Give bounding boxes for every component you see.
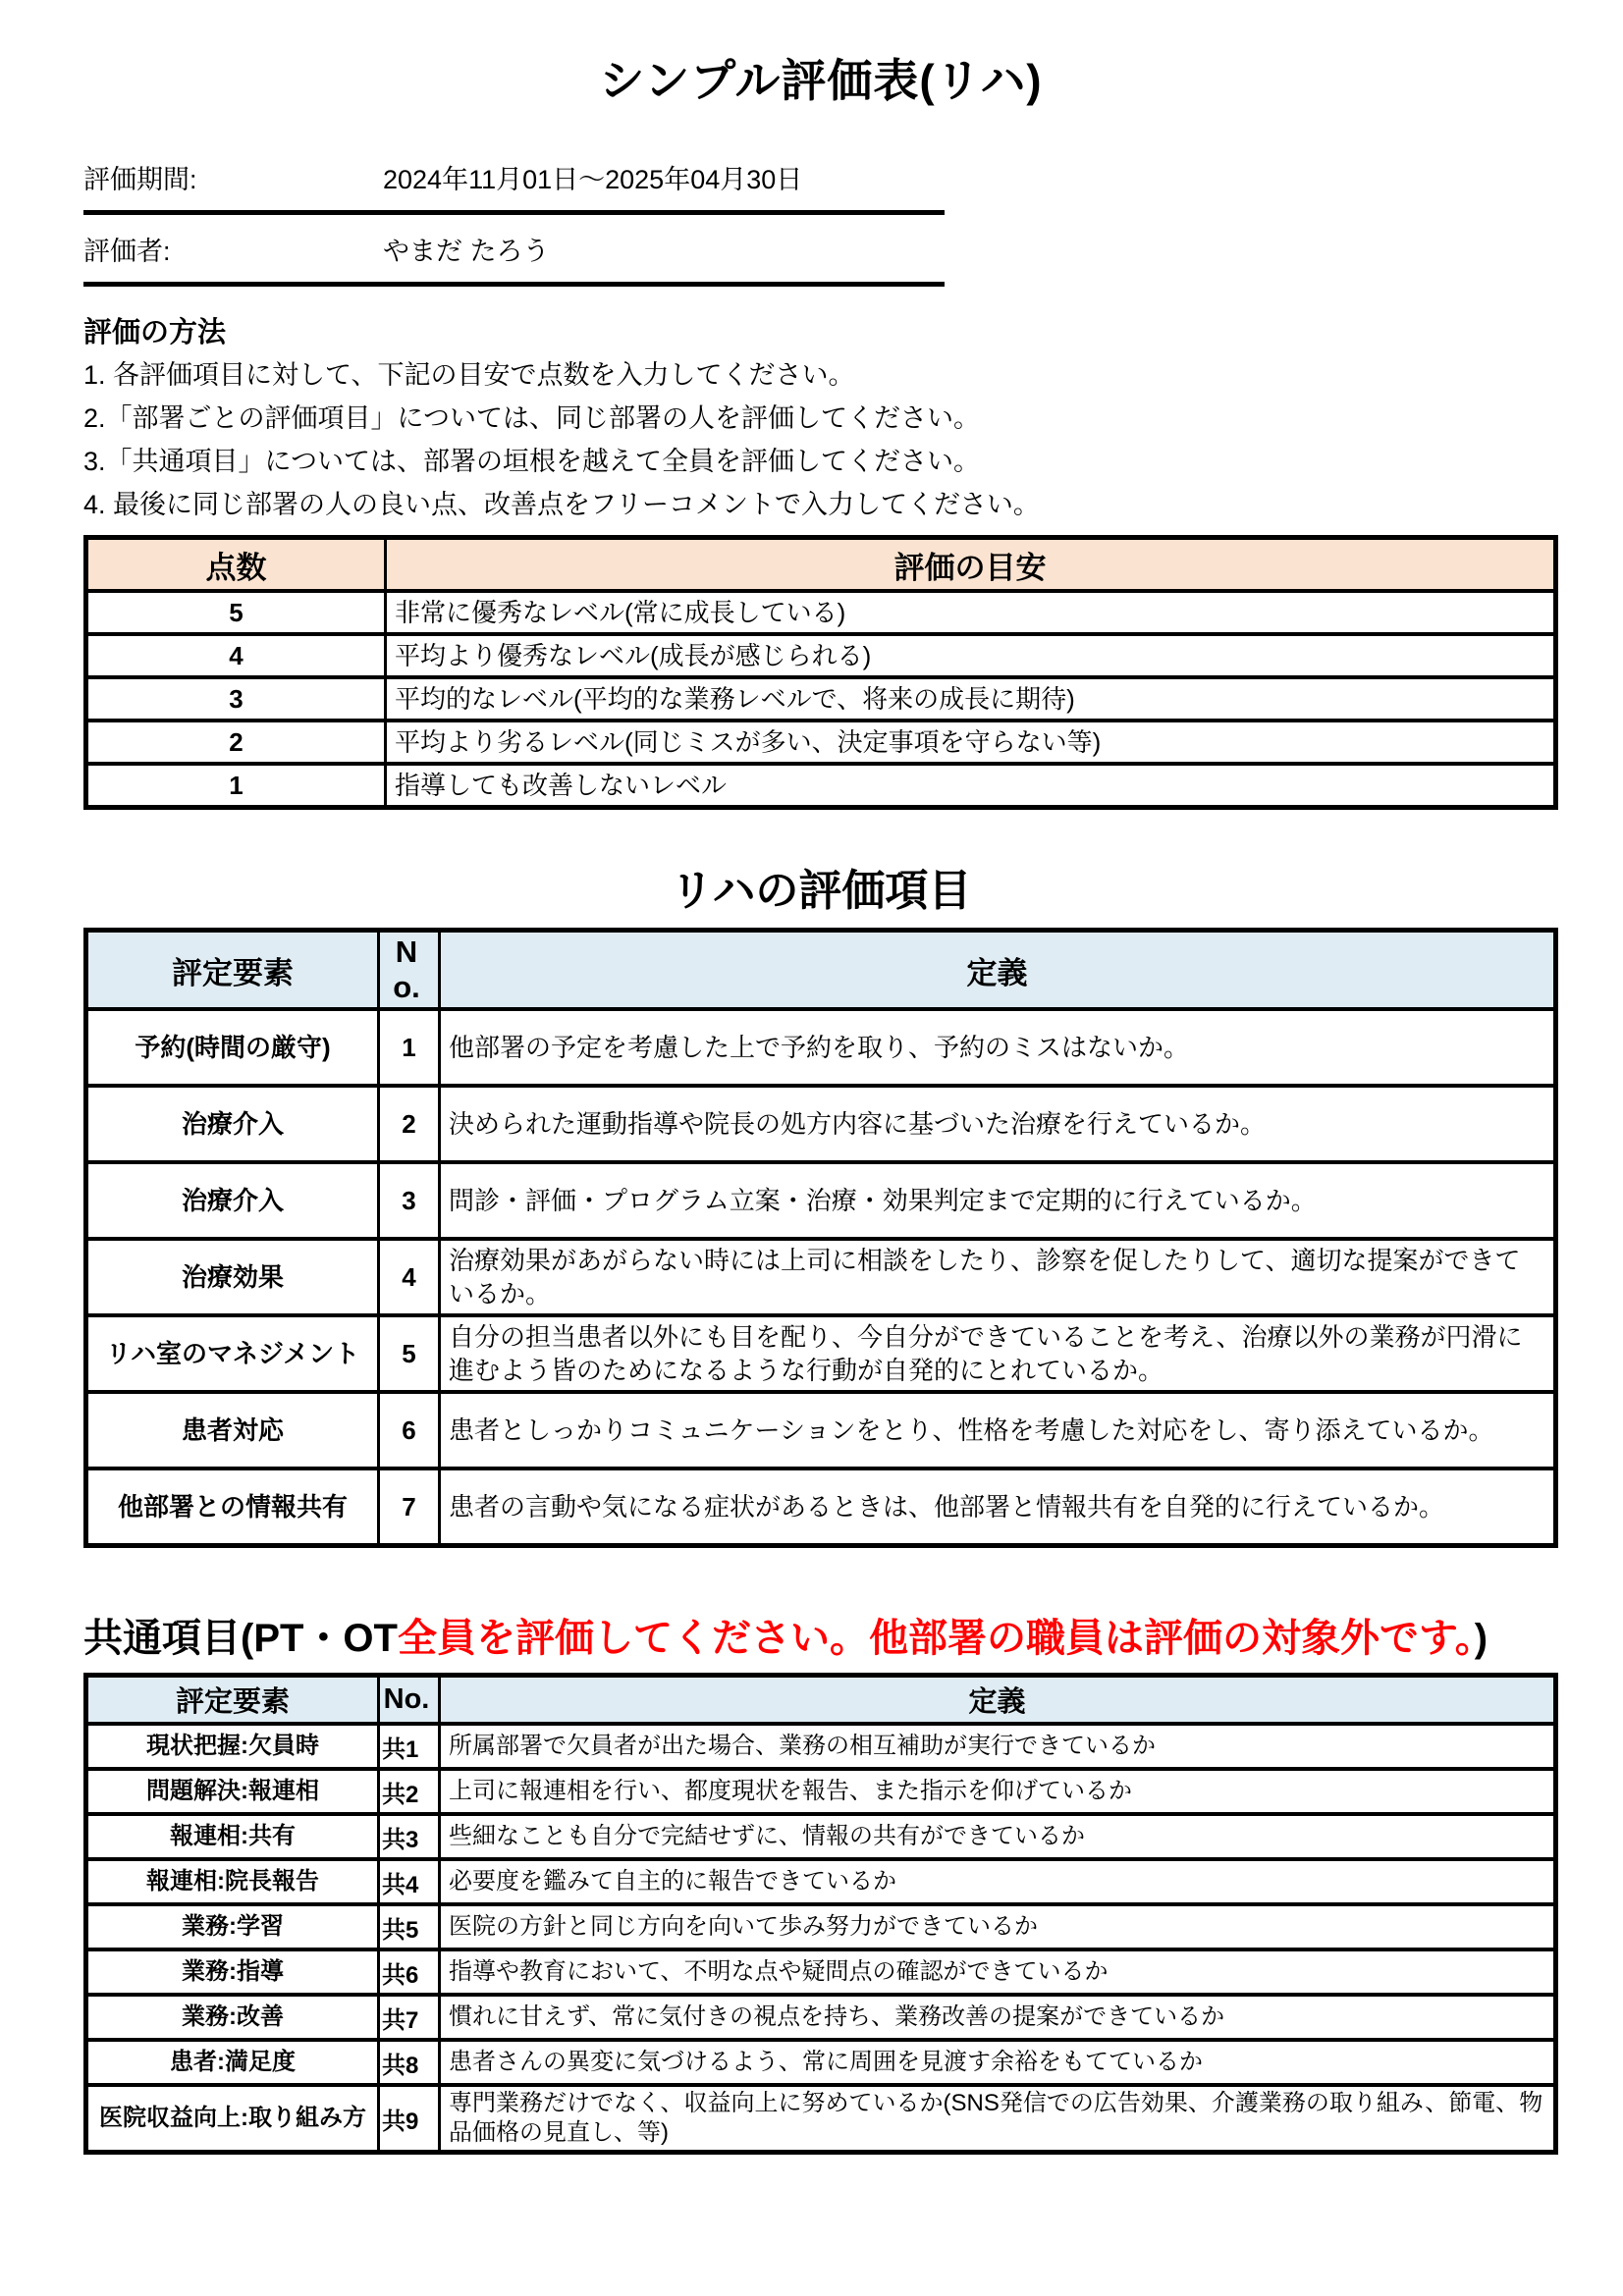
no-cell: 共2 — [379, 1769, 440, 1814]
factor-cell: 問題解決:報連相 — [86, 1769, 379, 1814]
definition-cell: 必要度を鑑みて自主的に報告できているか — [440, 1859, 1556, 1904]
no-cell: 共6 — [379, 1949, 440, 1995]
common-section-title: 共通項目(PT・OT全員を評価してください。他部署の職員は評価の対象外です。) — [83, 1607, 1558, 1663]
table-row: 報連相:共有 共3 些細なことも自分で完結せずに、情報の共有ができているか — [86, 1814, 1556, 1859]
factor-cell: 他部署との情報共有 — [86, 1468, 379, 1546]
factor-cell: 業務:学習 — [86, 1904, 379, 1949]
score-cell: 5 — [86, 591, 386, 634]
evaluator-value: やまだ たろう — [383, 230, 945, 268]
evaluation-period-label: 評価期間: — [83, 158, 383, 196]
definition-cell: 専門業務だけでなく、収益向上に努めているか(SNS発信での広告効果、介護業務の取… — [440, 2085, 1556, 2153]
no-header: No. — [379, 1676, 440, 1725]
factor-cell: 医院収益向上:取り組み方 — [86, 2085, 379, 2153]
table-row: 他部署との情報共有 7 患者の言動や気になる症状があるときは、他部署と情報共有を… — [86, 1468, 1556, 1546]
guide-header: 評価の目安 — [386, 538, 1556, 592]
table-row: 患者対応 6 患者としっかりコミュニケーションをとり、性格を考慮した対応をし、寄… — [86, 1392, 1556, 1468]
definition-cell: 上司に報連相を行い、都度現状を報告、また指示を仰げているか — [440, 1769, 1556, 1814]
definition-cell: 治療効果があがらない時には上司に相談をしたり、診察を促したりして、適切な提案がで… — [440, 1239, 1556, 1315]
definition-cell: 医院の方針と同じ方向を向いて歩み努力ができているか — [440, 1904, 1556, 1949]
no-cell: 共5 — [379, 1904, 440, 1949]
no-cell: 4 — [379, 1239, 440, 1315]
table-row: 治療介入 3 問診・評価・プログラム立案・治療・効果判定まで定期的に行えているか… — [86, 1162, 1556, 1239]
no-cell: 共8 — [379, 2040, 440, 2085]
factor-cell: 報連相:院長報告 — [86, 1859, 379, 1904]
no-cell: 共1 — [379, 1724, 440, 1769]
common-items-table: 評定要素 No. 定義 現状把握:欠員時 共1 所属部署で欠員者が出た場合、業務… — [83, 1673, 1558, 2155]
factor-cell: 患者対応 — [86, 1392, 379, 1468]
document-page: シンプル評価表(リハ) 評価期間: 2024年11月01日～2025年04月30… — [0, 0, 1623, 2296]
definition-cell: 慣れに甘えず、常に気付きの視点を持ち、業務改善の提案ができているか — [440, 1995, 1556, 2040]
table-row: 3 平均的なレベル(平均的な業務レベルで、将来の成長に期待) — [86, 677, 1556, 721]
table-row: 問題解決:報連相 共2 上司に報連相を行い、都度現状を報告、また指示を仰げている… — [86, 1769, 1556, 1814]
guide-cell: 平均的なレベル(平均的な業務レベルで、将来の成長に期待) — [386, 677, 1556, 721]
riha-items-table: 評定要素 No. 定義 予約(時間の厳守) 1 他部署の予定を考慮した上で予約を… — [83, 928, 1558, 1548]
no-cell: 7 — [379, 1468, 440, 1546]
definition-cell: 患者の言動や気になる症状があるときは、他部署と情報共有を自発的に行えているか。 — [440, 1468, 1556, 1546]
definition-cell: 決められた運動指導や院長の処方内容に基づいた治療を行えているか。 — [440, 1086, 1556, 1162]
no-cell: 5 — [379, 1315, 440, 1392]
table-row: 報連相:院長報告 共4 必要度を鑑みて自主的に報告できているか — [86, 1859, 1556, 1904]
table-row: 1 指導しても改善しないレベル — [86, 764, 1556, 808]
definition-cell: 患者としっかりコミュニケーションをとり、性格を考慮した対応をし、寄り添えているか… — [440, 1392, 1556, 1468]
score-cell: 3 — [86, 677, 386, 721]
score-header: 点数 — [86, 538, 386, 592]
definition-header: 定義 — [440, 1676, 1556, 1725]
table-row: 業務:学習 共5 医院の方針と同じ方向を向いて歩み努力ができているか — [86, 1904, 1556, 1949]
table-row: リハ室のマネジメント 5 自分の担当患者以外にも目を配り、今自分ができていること… — [86, 1315, 1556, 1392]
factor-header: 評定要素 — [86, 931, 379, 1010]
factor-cell: リハ室のマネジメント — [86, 1315, 379, 1392]
definition-cell: 所属部署で欠員者が出た場合、業務の相互補助が実行できているか — [440, 1724, 1556, 1769]
factor-cell: 治療効果 — [86, 1239, 379, 1315]
guide-cell: 非常に優秀なレベル(常に成長している) — [386, 591, 1556, 634]
no-cell: 3 — [379, 1162, 440, 1239]
table-header-row: 点数 評価の目安 — [86, 538, 1556, 592]
guide-cell: 平均より優秀なレベル(成長が感じられる) — [386, 634, 1556, 677]
no-cell: 2 — [379, 1086, 440, 1162]
no-cell: 1 — [379, 1009, 440, 1086]
factor-cell: 治療介入 — [86, 1086, 379, 1162]
definition-cell: 患者さんの異変に気づけるよう、常に周囲を見渡す余裕をもてているか — [440, 2040, 1556, 2085]
factor-cell: 業務:改善 — [86, 1995, 379, 2040]
evaluation-period-value: 2024年11月01日～2025年04月30日 — [383, 158, 945, 196]
common-title-black-end: ) — [1475, 1617, 1488, 1660]
table-header-row: 評定要素 No. 定義 — [86, 1676, 1556, 1725]
score-cell: 4 — [86, 634, 386, 677]
no-cell: 共3 — [379, 1814, 440, 1859]
score-cell: 1 — [86, 764, 386, 808]
table-row: 医院収益向上:取り組み方 共9 専門業務だけでなく、収益向上に努めているか(SN… — [86, 2085, 1556, 2153]
no-cell: 共4 — [379, 1859, 440, 1904]
guide-cell: 平均より劣るレベル(同じミスが多い、決定事項を守らない等) — [386, 721, 1556, 764]
guide-cell: 指導しても改善しないレベル — [386, 764, 1556, 808]
table-row: 治療介入 2 決められた運動指導や院長の処方内容に基づいた治療を行えているか。 — [86, 1086, 1556, 1162]
table-row: 治療効果 4 治療効果があがらない時には上司に相談をしたり、診察を促したりして、… — [86, 1239, 1556, 1315]
riha-section-title: リハの評価項目 — [83, 855, 1558, 918]
table-row: 5 非常に優秀なレベル(常に成長している) — [86, 591, 1556, 634]
factor-header: 評定要素 — [86, 1676, 379, 1725]
method-item: 3.「共通項目」については、部署の垣根を越えて全員を評価してください。 — [83, 443, 1558, 480]
no-cell: 共9 — [379, 2085, 440, 2153]
table-row: 予約(時間の厳守) 1 他部署の予定を考慮した上で予約を取り、予約のミスはないか… — [86, 1009, 1556, 1086]
table-row: 現状把握:欠員時 共1 所属部署で欠員者が出た場合、業務の相互補助が実行できてい… — [86, 1724, 1556, 1769]
method-item: 1. 各評価項目に対して、下記の目安で点数を入力してください。 — [83, 356, 1558, 394]
factor-cell: 現状把握:欠員時 — [86, 1724, 379, 1769]
evaluation-period-row: 評価期間: 2024年11月01日～2025年04月30日 — [83, 143, 945, 215]
method-item: 2.「部署ごとの評価項目」については、同じ部署の人を評価してください。 — [83, 400, 1558, 437]
table-row: 4 平均より優秀なレベル(成長が感じられる) — [86, 634, 1556, 677]
evaluator-row: 評価者: やまだ たろう — [83, 215, 945, 287]
no-header: No. — [379, 931, 440, 1010]
definition-cell: 自分の担当患者以外にも目を配り、今自分ができていることを考え、治療以外の業務が円… — [440, 1315, 1556, 1392]
table-header-row: 評定要素 No. 定義 — [86, 931, 1556, 1010]
score-cell: 2 — [86, 721, 386, 764]
no-cell: 共7 — [379, 1995, 440, 2040]
factor-cell: 予約(時間の厳守) — [86, 1009, 379, 1086]
definition-cell: 問診・評価・プログラム立案・治療・効果判定まで定期的に行えているか。 — [440, 1162, 1556, 1239]
page-title: シンプル評価表(リハ) — [83, 45, 1558, 110]
table-row: 業務:改善 共7 慣れに甘えず、常に気付きの視点を持ち、業務改善の提案ができてい… — [86, 1995, 1556, 2040]
method-item: 4. 最後に同じ部署の人の良い点、改善点をフリーコメントで入力してください。 — [83, 486, 1558, 523]
factor-cell: 患者:満足度 — [86, 2040, 379, 2085]
common-title-black-start: 共通項目(PT・OT — [83, 1617, 398, 1660]
page-content: シンプル評価表(リハ) 評価期間: 2024年11月01日～2025年04月30… — [83, 0, 1558, 2155]
factor-cell: 治療介入 — [86, 1162, 379, 1239]
evaluation-method-section: 評価の方法 1. 各評価項目に対して、下記の目安で点数を入力してください。 2.… — [83, 310, 1558, 523]
meta-block: 評価期間: 2024年11月01日～2025年04月30日 評価者: やまだ た… — [83, 143, 945, 287]
factor-cell: 業務:指導 — [86, 1949, 379, 1995]
definition-cell: 些細なことも自分で完結せずに、情報の共有ができているか — [440, 1814, 1556, 1859]
score-guide-table: 点数 評価の目安 5 非常に優秀なレベル(常に成長している) 4 平均より優秀な… — [83, 535, 1558, 810]
evaluator-label: 評価者: — [83, 230, 383, 268]
definition-cell: 指導や教育において、不明な点や疑問点の確認ができているか — [440, 1949, 1556, 1995]
table-row: 業務:指導 共6 指導や教育において、不明な点や疑問点の確認ができているか — [86, 1949, 1556, 1995]
factor-cell: 報連相:共有 — [86, 1814, 379, 1859]
definition-cell: 他部署の予定を考慮した上で予約を取り、予約のミスはないか。 — [440, 1009, 1556, 1086]
table-row: 患者:満足度 共8 患者さんの異変に気づけるよう、常に周囲を見渡す余裕をもててい… — [86, 2040, 1556, 2085]
evaluation-method-heading: 評価の方法 — [83, 310, 1558, 350]
definition-header: 定義 — [440, 931, 1556, 1010]
table-row: 2 平均より劣るレベル(同じミスが多い、決定事項を守らない等) — [86, 721, 1556, 764]
common-title-red-note: 全員を評価してください。他部署の職員は評価の対象外です。 — [398, 1617, 1475, 1660]
no-cell: 6 — [379, 1392, 440, 1468]
